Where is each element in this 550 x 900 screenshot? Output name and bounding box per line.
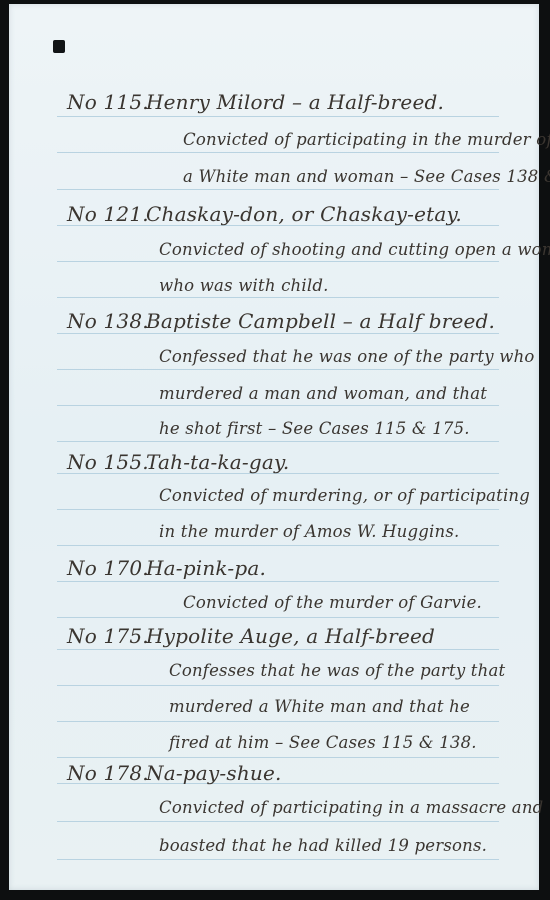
entry-number: No 115. xyxy=(67,90,149,114)
ruled-line xyxy=(57,116,499,117)
entry-number: No 170. xyxy=(67,556,149,580)
ruled-line xyxy=(57,405,499,406)
entry-name: Chaskay-don, or Chaskay-etay. xyxy=(146,202,462,226)
entry-text: Confesses that he was of the party that xyxy=(169,661,505,680)
entry-text: Convicted of murdering, or of participat… xyxy=(159,486,530,505)
entry-text: in the murder of Amos W. Huggins. xyxy=(159,522,459,541)
entry-name: Na-pay-shue. xyxy=(146,761,282,785)
ruled-line xyxy=(57,757,499,758)
ruled-line xyxy=(57,152,499,153)
ruled-line xyxy=(57,859,499,860)
entry-number: No 155. xyxy=(67,450,149,474)
entry-name: Ha-pink-pa. xyxy=(146,556,266,580)
entry-name: Tah-ta-ka-gay. xyxy=(146,450,289,474)
ruled-line xyxy=(57,369,499,370)
entry-text: a White man and woman – See Cases 138 & … xyxy=(183,167,550,186)
ruled-line xyxy=(57,581,499,582)
entry-number: No 121. xyxy=(67,202,149,226)
entry-text: boasted that he had killed 19 persons. xyxy=(159,836,487,855)
ruled-line xyxy=(57,821,499,822)
entry-name: Henry Milord – a Half-breed. xyxy=(146,90,444,114)
ruled-line xyxy=(57,441,499,442)
punch-hole xyxy=(53,40,65,53)
entry-text: Convicted of participating in the murder… xyxy=(183,130,550,149)
entry-text: who was with child. xyxy=(159,276,329,295)
ruled-line xyxy=(57,721,499,722)
ruled-line xyxy=(57,189,499,190)
entry-text: Convicted of shooting and cutting open a… xyxy=(159,240,550,259)
entry-text: murdered a man and woman, and that xyxy=(159,384,487,403)
entry-number: No 178. xyxy=(67,761,149,785)
entry-text: Convicted of participating in a massacre… xyxy=(159,798,543,817)
ruled-line xyxy=(57,649,499,650)
ruled-line xyxy=(57,333,499,334)
entry-number: No 175. xyxy=(67,624,149,648)
entry-name: Hypolite Auge, a Half-breed xyxy=(146,624,435,648)
ledger-page: No 115. Henry Milord – a Half-breed. Con… xyxy=(9,4,539,890)
entry-text: he shot first – See Cases 115 & 175. xyxy=(159,419,470,438)
entry-number: No 138. xyxy=(67,309,149,333)
ruled-line xyxy=(57,685,499,686)
entry-name: Baptiste Campbell – a Half breed. xyxy=(146,309,495,333)
ruled-line xyxy=(57,617,499,618)
ruled-line xyxy=(57,509,499,510)
ruled-line xyxy=(57,545,499,546)
entry-text: Confessed that he was one of the party w… xyxy=(159,347,535,366)
entry-text: murdered a White man and that he xyxy=(169,697,470,716)
ruled-line xyxy=(57,261,499,262)
entry-text: fired at him – See Cases 115 & 138. xyxy=(169,733,477,752)
entry-text: Convicted of the murder of Garvie. xyxy=(183,593,482,612)
ruled-line xyxy=(57,297,499,298)
